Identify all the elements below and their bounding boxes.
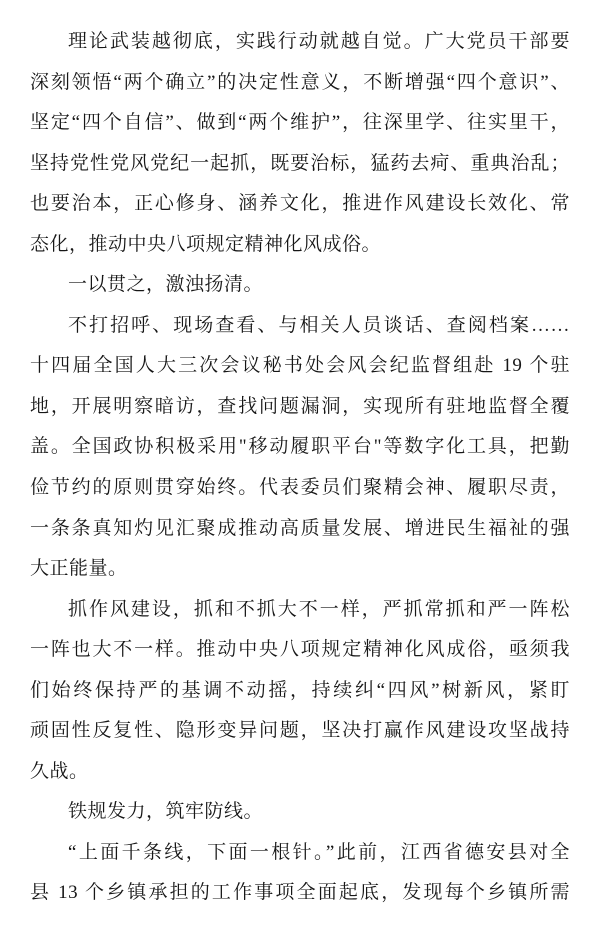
text-line: 们始终保持严的基调不动摇，持续纠“四风”树新风，紧盯 <box>30 671 570 712</box>
text-line: 态化，推动中央八项规定精神化风成俗。 <box>30 225 570 266</box>
text-line: 深刻领悟“两个确立”的决定性意义，不断增强“四个意识”、 <box>30 63 570 104</box>
document-page: 理论武装越彻底，实践行动就越自觉。广大党员干部要深刻领悟“两个确立”的决定性意义… <box>30 22 570 914</box>
text-line: “上面千条线，下面一根针。”此前，江西省德安县对全 <box>30 833 570 874</box>
text-line: 理论武装越彻底，实践行动就越自觉。广大党员干部要 <box>30 22 570 63</box>
text-line: 县 13 个乡镇承担的工作事项全面起底，发现每个乡镇所需 <box>30 873 570 914</box>
text-line: 不打招呼、现场查看、与相关人员谈话、查阅档案…… <box>30 306 570 347</box>
text-line: 盖。全国政协积极采用"移动履职平台"等数字化工具，把勤 <box>30 427 570 468</box>
text-line: 抓作风建设，抓和不抓大不一样，严抓常抓和严一阵松 <box>30 590 570 631</box>
text-line: 一条条真知灼见汇聚成推动高质量发展、增进民生福祉的强 <box>30 509 570 550</box>
text-line: 地，开展明察暗访，查找问题漏洞，实现所有驻地监督全覆 <box>30 387 570 428</box>
text-line: 一阵也大不一样。推动中央八项规定精神化风成俗，亟须我 <box>30 630 570 671</box>
text-line: 也要治本，正心修身、涵养文化，推进作风建设长效化、常 <box>30 184 570 225</box>
text-line: 坚定“四个自信”、做到“两个维护”，往深里学、往实里干， <box>30 103 570 144</box>
text-line: 一以贯之，激浊扬清。 <box>30 265 570 306</box>
text-line: 铁规发力，筑牢防线。 <box>30 792 570 833</box>
text-line: 十四届全国人大三次会议秘书处会风会纪监督组赴 19 个驻 <box>30 346 570 387</box>
text-line: 顽固性反复性、隐形变异问题，坚决打赢作风建设攻坚战持 <box>30 711 570 752</box>
text-line: 坚持党性党风党纪一起抓，既要治标，猛药去疴、重典治乱； <box>30 144 570 185</box>
text-line: 俭节约的原则贯穿始终。代表委员们聚精会神、履职尽责， <box>30 468 570 509</box>
text-line: 大正能量。 <box>30 549 570 590</box>
text-line: 久战。 <box>30 752 570 793</box>
